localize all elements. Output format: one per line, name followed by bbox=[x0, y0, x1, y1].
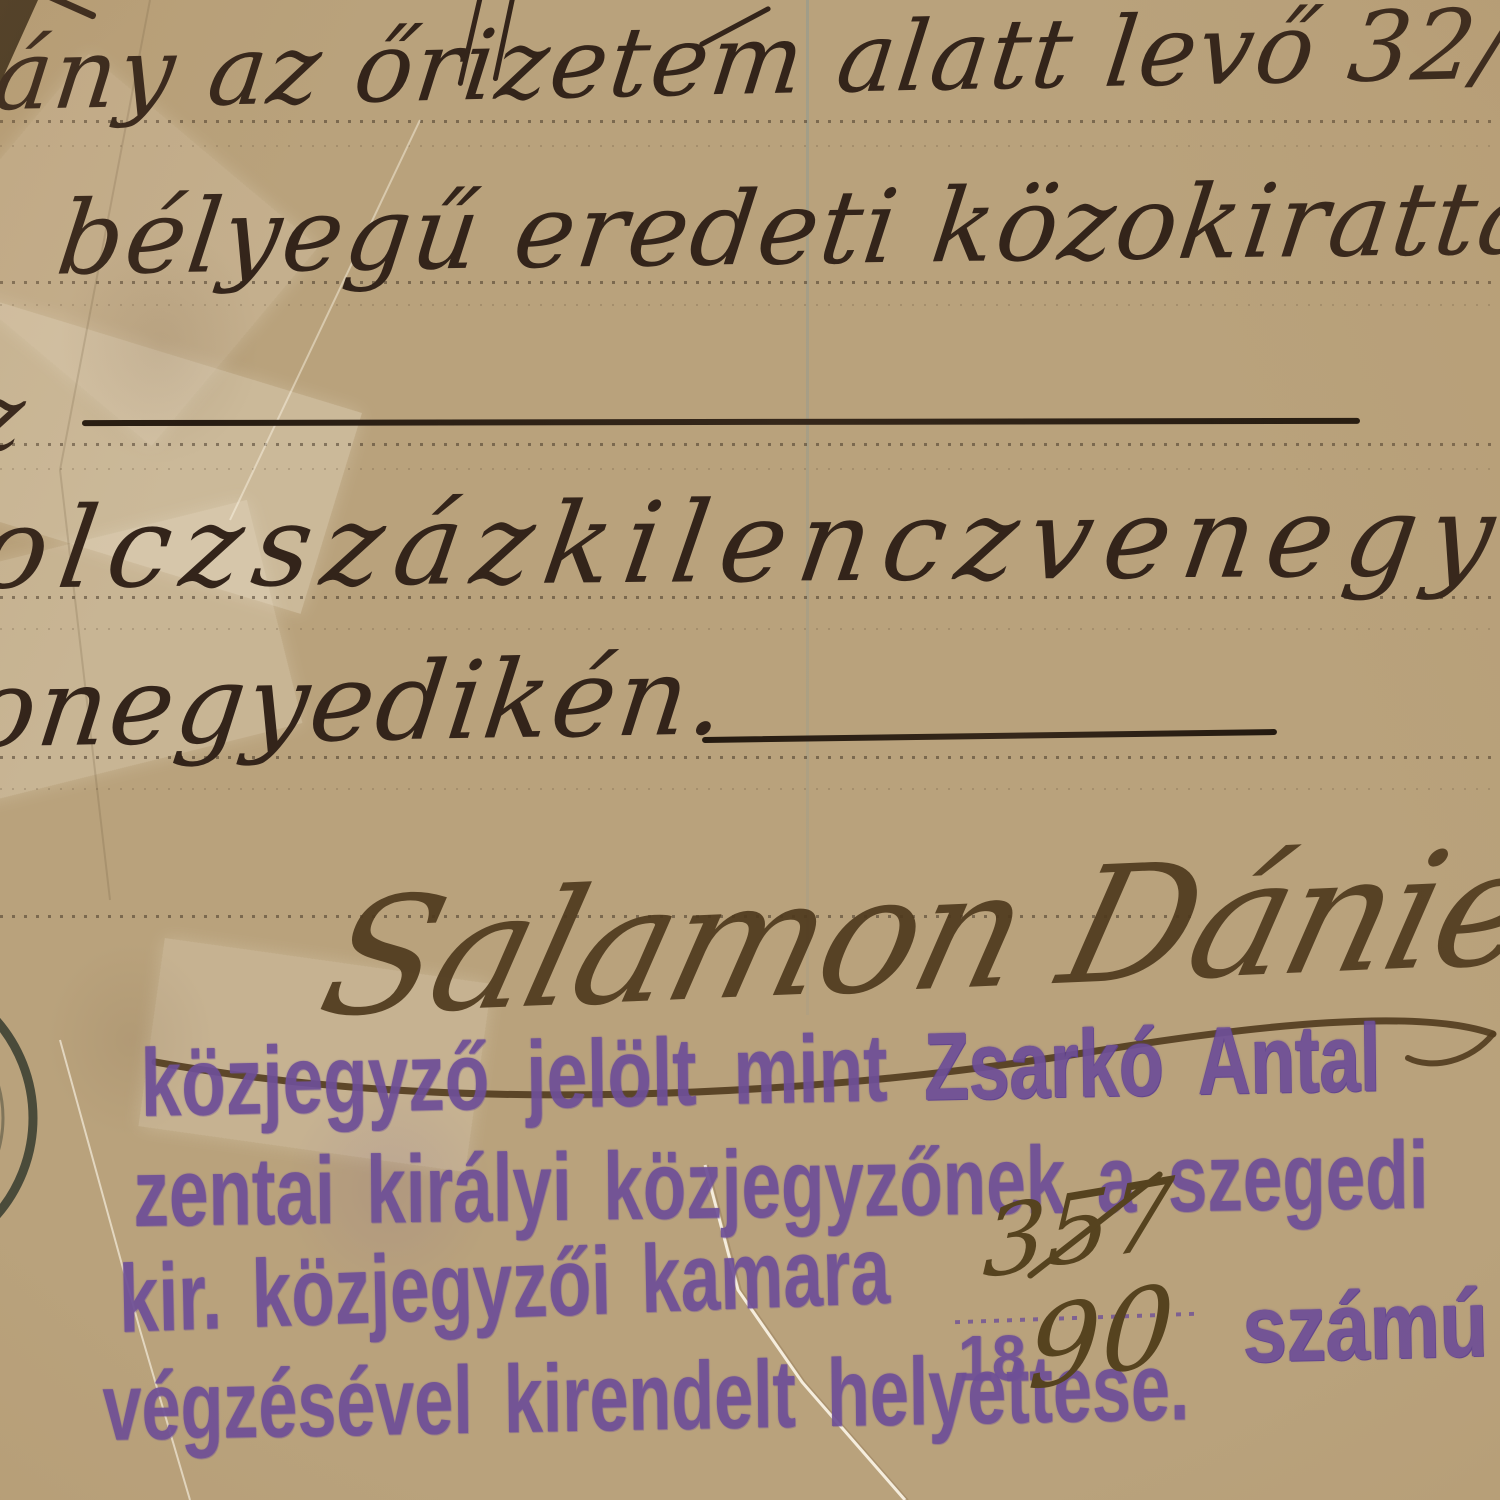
handwritten-line-1: vány az őrizetem alatt levő 32/890 bbox=[0, 0, 1500, 125]
document-scan: vány az őrizetem alatt levő 32/890 bélye… bbox=[0, 0, 1500, 1500]
stamp-notary-name: Zsarkó Antal bbox=[924, 1004, 1381, 1120]
dotted-rule bbox=[0, 788, 1500, 790]
dotted-rule bbox=[0, 443, 1500, 446]
notary-stamp-line-1: közjegyző jelölt mint Zsarkó Antal bbox=[140, 1010, 1381, 1132]
handwritten-line-4: onegyedikén. bbox=[0, 643, 733, 764]
stamp-case-number-year-printed: 18 bbox=[958, 1326, 1026, 1390]
stamp-case-number-year-handwritten: 90 bbox=[1026, 1268, 1177, 1407]
handwritten-line-3: olczszázkilenczvenegy bbox=[0, 480, 1500, 605]
stamp-role-text: közjegyző jelölt mint bbox=[140, 1015, 888, 1137]
ink-dash-line bbox=[82, 418, 1360, 426]
ink-dash-line bbox=[702, 729, 1277, 743]
dotted-rule bbox=[0, 304, 1500, 306]
dotted-rule bbox=[0, 145, 1500, 147]
dotted-rule bbox=[0, 628, 1500, 630]
notary-stamp-line-3-right: számú bbox=[1242, 1276, 1489, 1378]
handwritten-line-2: bélyegű eredeti közokirattal bbox=[52, 167, 1500, 290]
notary-stamp-line-3-left: kir. közjegyzői kamara bbox=[118, 1223, 891, 1348]
dotted-rule bbox=[0, 468, 1500, 470]
